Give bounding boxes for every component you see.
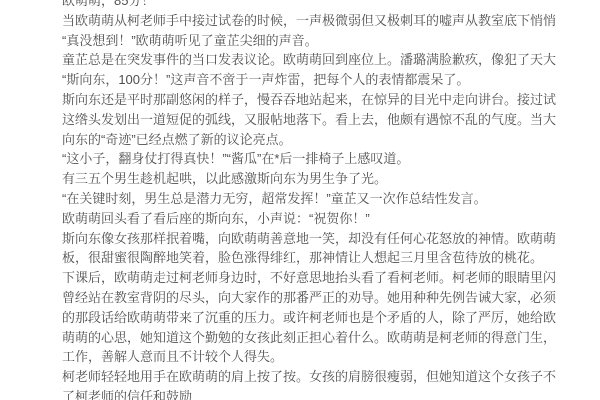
text-line: 欧萌萌，85分！ [62, 0, 560, 11]
text-line: “这小子，翻身仗打得真快！”“酱瓜”在*后一排椅子上感叹道。 [62, 149, 560, 169]
text-line: 童芷总是在突发事件的当口发表议论。欧萌萌回到座位上。潘璐满脸歉疚，像犯了天大 [62, 50, 560, 70]
text-line: 曾经站在教室背阴的尽头，向大家作的那番严正的劝导。她用种种先例告诫大家，必须 [62, 288, 560, 308]
text-line: 这绺头发划出一道短促的弧线，又服帖地落下。看上去，他颇有遇惊不乱的气度。当大 [62, 110, 560, 130]
text-line: 向东的“奇迹”已经点燃了新的议论亮点。 [62, 130, 560, 150]
text-line: 当欧萌萌从柯老师手中接过试卷的时候，一声极微弱但又极刺耳的嘘声从教室底下悄悄 [62, 11, 560, 31]
text-line: “真没想到！”欧萌萌听见了童芷尖细的声音。 [62, 31, 560, 51]
text-line: 欧萌萌回头看了看后座的斯向东，小声说：“祝贺你！” [62, 209, 560, 229]
text-line: 板，很甜蜜很陶醉地笑着，脸色涨得绯红，那神情让人想起三月里含苞待放的桃花。 [62, 248, 560, 268]
novel-text-page: 欧萌萌，85分！ 当欧萌萌从柯老师手中接过试卷的时候，一声极微弱但又极刺耳的嘘声… [62, 0, 560, 400]
text-line: 斯向东还是平时那副悠闲的样子，慢吞吞地站起来，在惊异的目光中走向讲台。接过试 [62, 90, 560, 110]
text-line: 的那段话给欧萌萌带来了沉重的压力。或许柯老师也是个矛盾的人，除了严厉，她给欧 [62, 308, 560, 328]
text-line: 下课后，欧萌萌走过柯老师身边时，不好意思地抬头看了看柯老师。柯老师的眼睛里闪 [62, 268, 560, 288]
text-line: 萌萌的心思，她知道这个勤勉的女孩此刻正担心着什么。欧萌萌是柯老师的得意门生， [62, 328, 560, 348]
text-line: 有三五个男生趁机起哄，以此感激斯向东为男生争了光。 [62, 169, 560, 189]
text-line: 斯向东像女孩那样抿着嘴，向欧萌萌善意地一笑，却没有任何心花怒放的神情。欧萌萌 [62, 229, 560, 249]
text-line: “在关键时刻，男生总是潜力无穷，超常发挥！”童芷又一次作总结性发言。 [62, 189, 560, 209]
text-line: 了柯老师的信任和鼓励 [62, 387, 560, 400]
text-line: 柯老师轻轻地用手在欧萌萌的肩上按了按。女孩的肩膀很瘦弱，但她知道这个女孩子不 [62, 367, 560, 387]
text-line: 工作，善解人意而且不计较个人得失。 [62, 347, 560, 367]
text-line: “斯向东，100分！”这声音不啻于一声炸雷，把每个人的表情都震呆了。 [62, 70, 560, 90]
